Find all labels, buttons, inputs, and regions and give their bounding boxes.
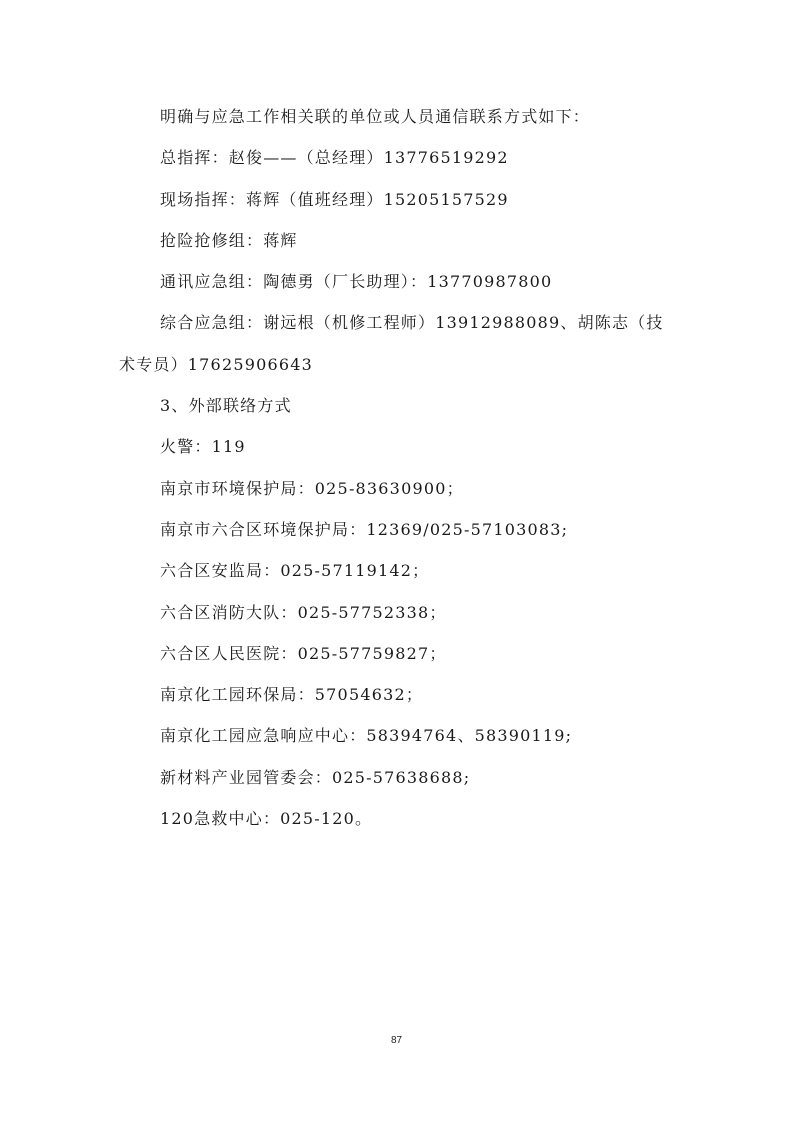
- contact-fire-alarm: 火警：119: [119, 430, 675, 471]
- contact-chemical-park-emergency-center: 南京化工园应急响应中心：58394764、58390119;: [119, 719, 675, 760]
- contact-general-commander: 总指挥：赵俊——（总经理）13776519292: [119, 141, 675, 182]
- contact-luhe-epb: 南京市六合区环境保护局：12369/025-57103083;: [119, 513, 675, 554]
- section-heading-external-contacts: 3、外部联络方式: [119, 389, 675, 430]
- page-content: 明确与应急工作相关联的单位或人员通信联系方式如下： 总指挥：赵俊——（总经理）1…: [119, 100, 675, 843]
- intro-paragraph: 明确与应急工作相关联的单位或人员通信联系方式如下：: [119, 100, 675, 141]
- contact-general-emergency-group-continuation: 术专员）17625906643: [119, 348, 675, 389]
- contact-site-commander: 现场指挥：蒋辉（值班经理）15205157529: [119, 183, 675, 224]
- contact-luhe-fire-brigade: 六合区消防大队：025-57752338；: [119, 596, 675, 637]
- contact-general-emergency-group: 综合应急组：谢远根（机修工程师）13912988089、胡陈志（技: [119, 306, 675, 347]
- page-number: 87: [0, 1035, 793, 1046]
- contact-luhe-safety-bureau: 六合区安监局：025-57119142；: [119, 554, 675, 595]
- contact-new-materials-park-committee: 新材料产业园管委会：025-57638688;: [119, 761, 675, 802]
- document-page: 明确与应急工作相关联的单位或人员通信联系方式如下： 总指挥：赵俊——（总经理）1…: [0, 0, 793, 1122]
- contact-nanjing-epb: 南京市环境保护局：025-83630900；: [119, 472, 675, 513]
- contact-chemical-park-epb: 南京化工园环保局：57054632；: [119, 678, 675, 719]
- contact-luhe-hospital: 六合区人民医院：025-57759827；: [119, 637, 675, 678]
- contact-120-emergency-center: 120急救中心：025-120。: [119, 802, 675, 843]
- contact-communication-group: 通讯应急组：陶德勇（厂长助理）：13770987800: [119, 265, 675, 306]
- contact-repair-group: 抢险抢修组：蒋辉: [119, 224, 675, 265]
